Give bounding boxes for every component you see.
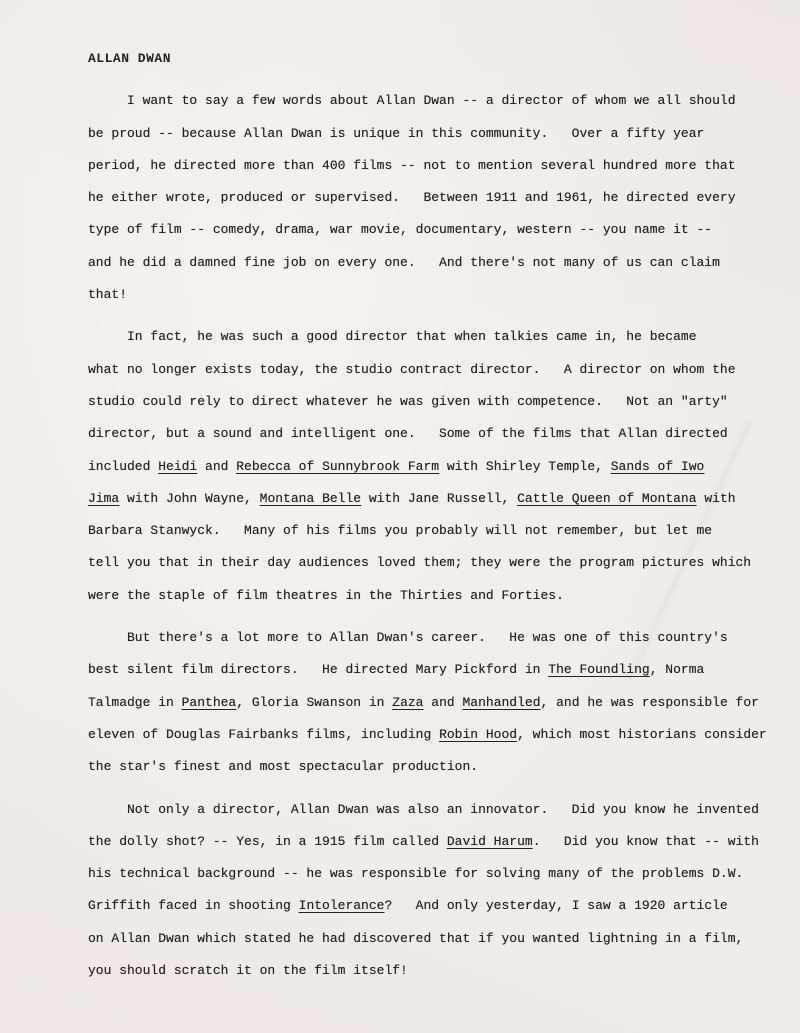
text-line: you should scratch it on the film itself…	[88, 955, 780, 987]
text-segment: you should scratch it on the film itself…	[88, 963, 408, 978]
text-segment: Not only a director, Allan Dwan was also…	[88, 802, 759, 817]
text-segment: best silent film directors. He directed …	[88, 662, 548, 677]
document-body: I want to say a few words about Allan Dw…	[88, 85, 780, 987]
underlined-film-title: Zaza	[392, 695, 423, 710]
paragraph: I want to say a few words about Allan Dw…	[88, 85, 780, 311]
text-line: were the staple of film theatres in the …	[88, 580, 780, 612]
text-segment: his technical background -- he was respo…	[88, 866, 743, 881]
text-segment: that!	[88, 287, 127, 302]
text-line: Not only a director, Allan Dwan was also…	[88, 794, 780, 826]
paragraph: Not only a director, Allan Dwan was also…	[88, 794, 780, 988]
text-segment: included	[88, 459, 158, 474]
text-segment: type of film -- comedy, drama, war movie…	[88, 222, 712, 237]
underlined-film-title: Panthea	[182, 695, 237, 710]
text-line: tell you that in their day audiences lov…	[88, 547, 780, 579]
underlined-film-title: David Harum	[447, 834, 533, 849]
text-segment: But there's a lot more to Allan Dwan's c…	[88, 630, 728, 645]
text-segment: with Jane Russell,	[361, 491, 517, 506]
text-segment: and	[197, 459, 236, 474]
document-title: ALLAN DWAN	[88, 43, 780, 75]
text-line: best silent film directors. He directed …	[88, 654, 780, 686]
text-segment: tell you that in their day audiences lov…	[88, 555, 751, 570]
text-segment: . Did you know that -- with	[533, 834, 759, 849]
text-segment: the dolly shot? -- Yes, in a 1915 film c…	[88, 834, 447, 849]
text-segment: on Allan Dwan which stated he had discov…	[88, 931, 743, 946]
underlined-film-title: The Foundling	[548, 662, 649, 677]
text-segment: with Shirley Temple,	[439, 459, 611, 474]
text-line: his technical background -- he was respo…	[88, 858, 780, 890]
text-line: In fact, he was such a good director tha…	[88, 321, 780, 353]
paragraph: But there's a lot more to Allan Dwan's c…	[88, 622, 780, 783]
underlined-film-title: Cattle Queen of Montana	[517, 491, 696, 506]
text-line: Griffith faced in shooting Intolerance? …	[88, 890, 780, 922]
text-line: he either wrote, produced or supervised.…	[88, 182, 780, 214]
paragraph: In fact, he was such a good director tha…	[88, 321, 780, 612]
text-line: Jima with John Wayne, Montana Belle with…	[88, 483, 780, 515]
underlined-film-title: Sands of Iwo	[611, 459, 705, 474]
text-segment: he either wrote, produced or supervised.…	[88, 190, 736, 205]
text-line: what no longer exists today, the studio …	[88, 354, 780, 386]
text-segment: ? And only yesterday, I saw a 1920 artic…	[384, 898, 727, 913]
text-segment: period, he directed more than 400 films …	[88, 158, 736, 173]
text-segment: I want to say a few words about Allan Dw…	[88, 93, 736, 108]
text-segment: eleven of Douglas Fairbanks films, inclu…	[88, 727, 439, 742]
text-segment: were the staple of film theatres in the …	[88, 588, 564, 603]
scanned-typewritten-page: ALLAN DWAN I want to say a few words abo…	[0, 0, 800, 1033]
text-line: the star's finest and most spectacular p…	[88, 751, 780, 783]
underlined-film-title: Rebecca of Sunnybrook Farm	[236, 459, 439, 474]
text-segment: the star's finest and most spectacular p…	[88, 759, 478, 774]
text-segment: director, but a sound and intelligent on…	[88, 426, 728, 441]
text-line: But there's a lot more to Allan Dwan's c…	[88, 622, 780, 654]
text-segment: and	[423, 695, 462, 710]
text-segment: with	[697, 491, 736, 506]
text-line: director, but a sound and intelligent on…	[88, 418, 780, 450]
text-segment: what no longer exists today, the studio …	[88, 362, 736, 377]
text-segment: with John Wayne,	[119, 491, 259, 506]
text-segment: Barbara Stanwyck. Many of his films you …	[88, 523, 712, 538]
underlined-film-title: Manhandled	[463, 695, 541, 710]
text-segment: , Norma	[650, 662, 705, 677]
text-line: on Allan Dwan which stated he had discov…	[88, 923, 780, 955]
text-segment: , and he was responsible for	[541, 695, 759, 710]
text-line: be proud -- because Allan Dwan is unique…	[88, 118, 780, 150]
text-line: Talmadge in Panthea, Gloria Swanson in Z…	[88, 687, 780, 719]
text-line: type of film -- comedy, drama, war movie…	[88, 214, 780, 246]
text-segment: Talmadge in	[88, 695, 182, 710]
text-segment: , Gloria Swanson in	[236, 695, 392, 710]
text-line: and he did a damned fine job on every on…	[88, 247, 780, 279]
text-segment: Griffith faced in shooting	[88, 898, 299, 913]
underlined-film-title: Jima	[88, 491, 119, 506]
text-line: Barbara Stanwyck. Many of his films you …	[88, 515, 780, 547]
underlined-film-title: Heidi	[158, 459, 197, 474]
text-segment: , which most historians consider	[517, 727, 767, 742]
text-line: studio could rely to direct whatever he …	[88, 386, 780, 418]
text-line: that!	[88, 279, 780, 311]
text-line: included Heidi and Rebecca of Sunnybrook…	[88, 451, 780, 483]
text-segment: studio could rely to direct whatever he …	[88, 394, 728, 409]
text-line: I want to say a few words about Allan Dw…	[88, 85, 780, 117]
underlined-film-title: Intolerance	[299, 898, 385, 913]
text-segment: be proud -- because Allan Dwan is unique…	[88, 126, 704, 141]
text-line: eleven of Douglas Fairbanks films, inclu…	[88, 719, 780, 751]
text-segment: and he did a damned fine job on every on…	[88, 255, 720, 270]
underlined-film-title: Montana Belle	[260, 491, 361, 506]
underlined-film-title: Robin Hood	[439, 727, 517, 742]
text-line: period, he directed more than 400 films …	[88, 150, 780, 182]
text-line: the dolly shot? -- Yes, in a 1915 film c…	[88, 826, 780, 858]
text-segment: In fact, he was such a good director tha…	[88, 329, 697, 344]
